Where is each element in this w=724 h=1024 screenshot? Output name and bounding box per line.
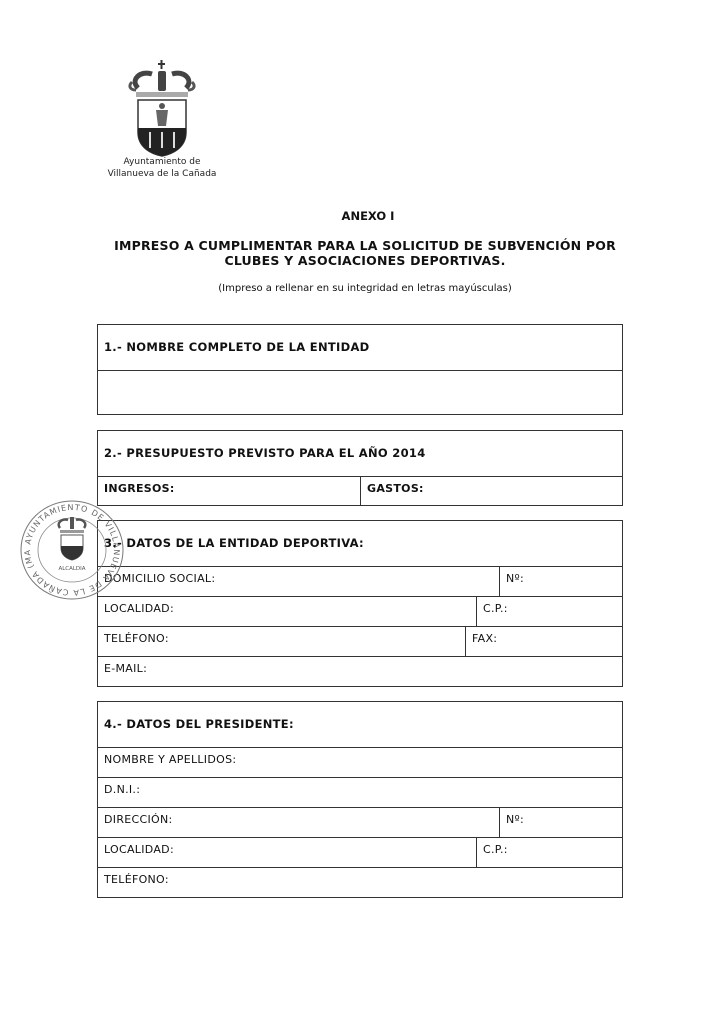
numero-field[interactable]: Nº: xyxy=(499,808,622,837)
nombre-label: NOMBRE Y APELLIDOS: xyxy=(104,753,236,766)
localidad-field[interactable]: LOCALIDAD: xyxy=(98,838,476,867)
section-title: 1.- NOMBRE COMPLETO DE LA ENTIDAD xyxy=(104,340,370,354)
telefono-label: TELÉFONO: xyxy=(104,632,169,645)
section-budget: 2.- PRESUPUESTO PREVISTO PARA EL AÑO 201… xyxy=(97,430,623,506)
ingresos-field[interactable]: INGRESOS: xyxy=(98,477,360,505)
dni-label: D.N.I.: xyxy=(104,783,140,796)
numero-field[interactable]: Nº: xyxy=(499,567,622,596)
localidad-label: LOCALIDAD: xyxy=(104,843,174,856)
fax-field[interactable]: FAX: xyxy=(465,627,622,656)
nombre-field[interactable]: NOMBRE Y APELLIDOS: xyxy=(98,747,622,777)
cp-field[interactable]: C.P.: xyxy=(476,838,622,867)
section-header: 1.- NOMBRE COMPLETO DE LA ENTIDAD xyxy=(98,325,622,370)
telefono-row: TELÉFONO: FAX: xyxy=(98,626,622,656)
domicilio-field[interactable]: DOMICILIO SOCIAL: xyxy=(98,567,499,596)
logo-caption: Ayuntamiento de Villanueva de la Cañada xyxy=(78,156,246,180)
localidad-row: LOCALIDAD: C.P.: xyxy=(98,596,622,626)
entity-name-field[interactable] xyxy=(98,370,622,413)
cp-label: C.P.: xyxy=(483,602,508,615)
official-seal-stamp-icon: AYUNTAMIENTO DE VILLANUEVA DE LA CAÑADA … xyxy=(18,498,126,602)
budget-row: INGRESOS: GASTOS: xyxy=(98,476,622,505)
dni-field[interactable]: D.N.I.: xyxy=(98,777,622,807)
fax-label: FAX: xyxy=(472,632,497,645)
logo-caption-line2: Villanueva de la Cañada xyxy=(78,168,246,180)
municipal-coat-of-arms-icon xyxy=(118,58,206,158)
direccion-label: DIRECCIÓN: xyxy=(104,813,173,826)
section-title: 3.- DATOS DE LA ENTIDAD DEPORTIVA: xyxy=(104,536,364,550)
ingresos-label: INGRESOS: xyxy=(104,482,175,495)
section-header: 2.- PRESUPUESTO PREVISTO PARA EL AÑO 201… xyxy=(98,431,622,476)
section-header: 3.- DATOS DE LA ENTIDAD DEPORTIVA: xyxy=(98,521,622,566)
localidad-label: LOCALIDAD: xyxy=(104,602,174,615)
document-title: IMPRESO A CUMPLIMENTAR PARA LA SOLICITUD… xyxy=(100,238,630,268)
telefono-field[interactable]: TELÉFONO: xyxy=(98,867,622,896)
svg-text:ALCALDIA: ALCALDIA xyxy=(58,566,85,572)
numero-label: Nº: xyxy=(506,813,524,826)
gastos-field[interactable]: GASTOS: xyxy=(360,477,622,505)
document-title-line1: IMPRESO A CUMPLIMENTAR PARA LA SOLICITUD… xyxy=(100,238,630,253)
direccion-row: DIRECCIÓN: Nº: xyxy=(98,807,622,837)
direccion-field[interactable]: DIRECCIÓN: xyxy=(98,808,499,837)
annex-heading: ANEXO I xyxy=(0,209,724,223)
telefono-field[interactable]: TELÉFONO: xyxy=(98,627,465,656)
document-title-line2: CLUBES Y ASOCIACIONES DEPORTIVAS. xyxy=(100,253,630,268)
email-label: E-MAIL: xyxy=(104,662,147,675)
logo-caption-line1: Ayuntamiento de xyxy=(78,156,246,168)
telefono-label: TELÉFONO: xyxy=(104,873,169,886)
cp-label: C.P.: xyxy=(483,843,508,856)
section-president-data: 4.- DATOS DEL PRESIDENTE: NOMBRE Y APELL… xyxy=(97,701,623,898)
document-subtitle: (Impreso a rellenar en su integridad en … xyxy=(100,283,630,294)
cp-field[interactable]: C.P.: xyxy=(476,597,622,626)
localidad-field[interactable]: LOCALIDAD: xyxy=(98,597,476,626)
email-field[interactable]: E-MAIL: xyxy=(98,656,622,686)
section-title: 2.- PRESUPUESTO PREVISTO PARA EL AÑO 201… xyxy=(104,446,426,460)
domicilio-row: DOMICILIO SOCIAL: Nº: xyxy=(98,566,622,596)
gastos-label: GASTOS: xyxy=(367,482,424,495)
localidad-row: LOCALIDAD: C.P.: xyxy=(98,837,622,867)
section-entity-name: 1.- NOMBRE COMPLETO DE LA ENTIDAD xyxy=(97,324,623,415)
section-header: 4.- DATOS DEL PRESIDENTE: xyxy=(98,702,622,747)
section-entity-data: 3.- DATOS DE LA ENTIDAD DEPORTIVA: DOMIC… xyxy=(97,520,623,687)
section-title: 4.- DATOS DEL PRESIDENTE: xyxy=(104,717,294,731)
numero-label: Nº: xyxy=(506,572,524,585)
